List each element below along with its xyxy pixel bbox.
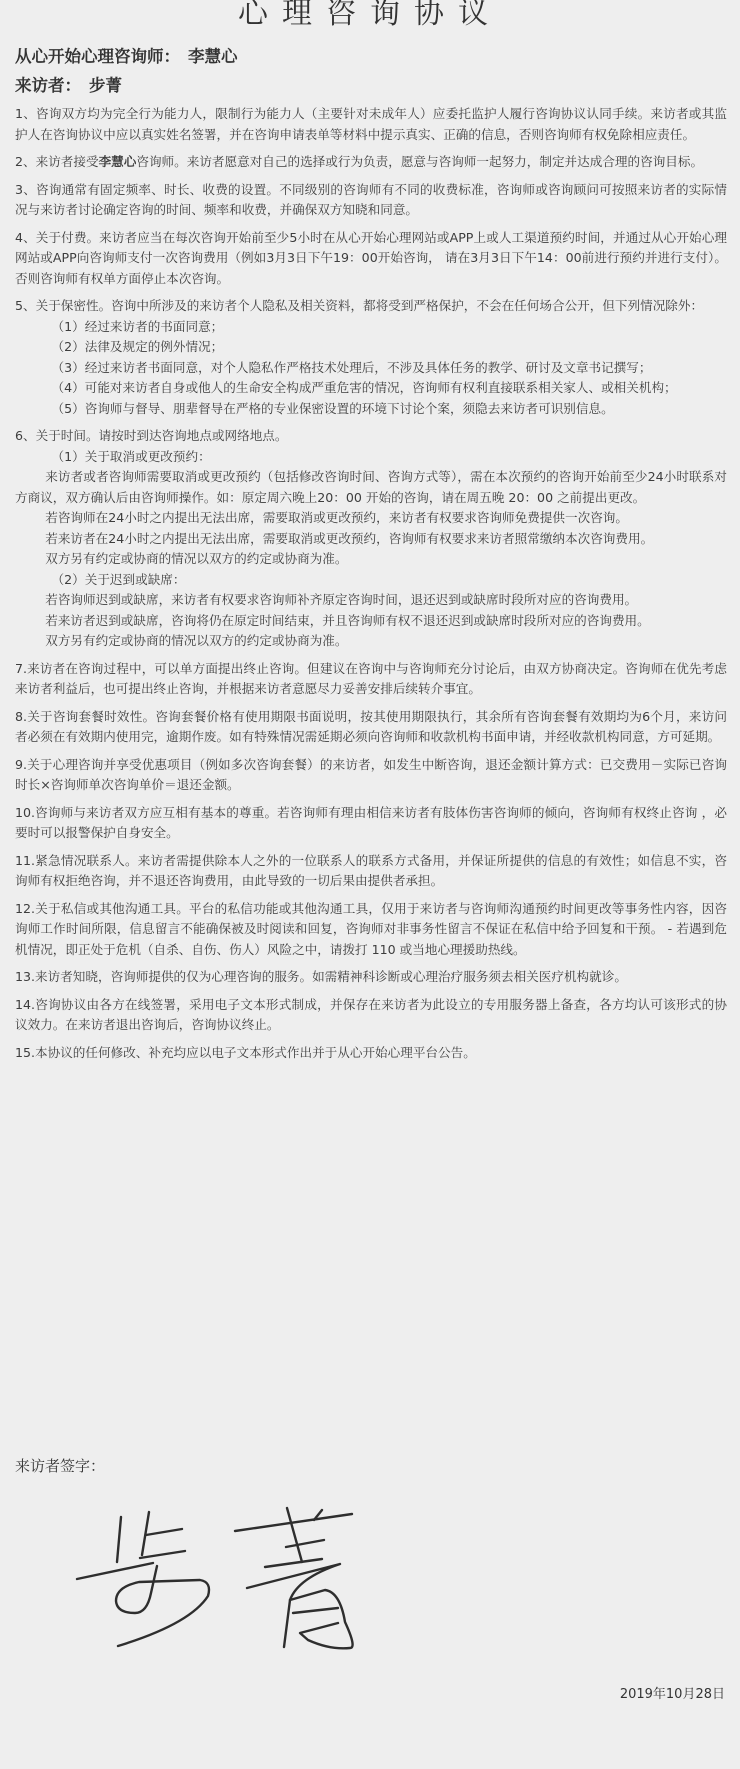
clause-3: 3、咨询通常有固定频率、时长、收费的设置。不同级别的咨询师有不同的收费标准，咨询… [15,180,727,221]
clause-15: 15.本协议的任何修改、补充均应以电子文本形式作出并于从心开始心理平台公告。 [15,1043,727,1064]
clause-2: 2、来访者接受李慧心咨询师。来访者愿意对自己的选择或行为负责，愿意与咨询师一起努… [15,152,727,173]
clause-4: 4、关于付费。来访者应当在每次咨询开始前至少5小时在从心开始心理网站或APP上或… [15,228,727,290]
clause-6: 6、关于时间。请按时到达咨询地点或网络地点。 （1）关于取消或更改预约： 来访者… [15,426,727,652]
section-paragraph: 若咨询师在24小时之内提出无法出席，需要取消或更改预约，来访者有权要求咨询师免费… [15,508,727,529]
clause-7: 7.来访者在咨询过程中，可以单方面提出终止咨询。但建议在咨询中与咨询师充分讨论后… [15,659,727,700]
section-heading: （2）关于迟到或缺席： [15,570,727,591]
section-paragraph: 来访者或者咨询师需要取消或更改预约（包括修改咨询时间、咨询方式等），需在本次预约… [15,467,727,508]
document-title: 心理咨询协议 [0,0,740,34]
section-paragraph: 双方另有约定或协商的情况以双方的约定或协商为准。 [15,549,727,570]
exception-item: （2）法律及规定的例外情况； [15,337,727,358]
clause-10: 10.咨询师与来访者双方应互相有基本的尊重。若咨询师有理由相信来访者有肢体伤害咨… [15,803,727,844]
clause-14: 14.咨询协议由各方在线签署，采用电子文本形式制成，并保存在来访者为此设立的专用… [15,995,727,1036]
clause-13: 13.来访者知晓，咨询师提供的仅为心理咨询的服务。如需精神科诊断或心理治疗服务须… [15,967,727,988]
clause-12: 12.关于私信或其他沟通工具。平台的私信功能或其他沟通工具，仅用于来访者与咨询师… [15,899,727,961]
clause-11: 11.紧急情况联系人。来访者需提供除本人之外的一位联系人的联系方式备用，并保证所… [15,851,727,892]
agreement-document: 心理咨询协议 从心开始心理咨询师：李慧心 来访者：步菁 1、咨询双方均为完全行为… [0,0,740,1769]
signature-label: 来访者签字： [15,1455,105,1477]
exception-item: （4）可能对来访者自身或他人的生命安全构成严重危害的情况，咨询师有权利直接联系相… [15,378,727,399]
counselor-name-inline: 李慧心 [99,154,137,169]
section-paragraph: 若咨询师迟到或缺席，来访者有权要求咨询师补齐原定咨询时间，退还迟到或缺席时段所对… [15,590,727,611]
clause-8: 8.关于咨询套餐时效性。咨询套餐价格有使用期限书面说明，按其使用期限执行，其余所… [15,707,727,748]
section-heading: （1）关于取消或更改预约： [15,447,727,468]
section-paragraph: 若来访者迟到或缺席，咨询将仍在原定时间结束，并且咨询师有权不退还迟到或缺席时段所… [15,611,727,632]
section-paragraph: 双方另有约定或协商的情况以双方的约定或协商为准。 [15,631,727,652]
handwritten-signature [60,1500,380,1700]
signing-date: 2019年10月28日 [620,1686,725,1704]
clause-9: 9.关于心理咨询并享受优惠项目（例如多次咨询套餐）的来访者，如发生中断咨询，退还… [15,755,727,796]
exception-item: （1）经过来访者的书面同意； [15,317,727,338]
counselor-line: 从心开始心理咨询师：李慧心 [15,46,238,68]
visitor-name: 步菁 [89,76,122,95]
clause-1: 1、咨询双方均为完全行为能力人，限制行为能力人（主要针对未成年人）应委托监护人履… [15,104,727,145]
clause-5: 5、关于保密性。咨询中所涉及的来访者个人隐私及相关资料，都将受到严格保护，不会在… [15,296,727,419]
exception-item: （3）经过来访者书面同意，对个人隐私作严格技术处理后，不涉及具体任务的教学、研讨… [15,358,727,379]
visitor-line: 来访者：步菁 [15,75,122,97]
agreement-body: 1、咨询双方均为完全行为能力人，限制行为能力人（主要针对未成年人）应委托监护人履… [15,104,727,1070]
counselor-name: 李慧心 [188,47,238,66]
section-paragraph: 若来访者在24小时之内提出无法出席，需要取消或更改预约，咨询师有权要求来访者照常… [15,529,727,550]
counselor-label: 从心开始心理咨询师： [15,47,180,66]
exception-item: （5）咨询师与督导、朋辈督导在严格的专业保密设置的环境下讨论个案，须隐去来访者可… [15,399,727,420]
visitor-label: 来访者： [15,76,81,95]
